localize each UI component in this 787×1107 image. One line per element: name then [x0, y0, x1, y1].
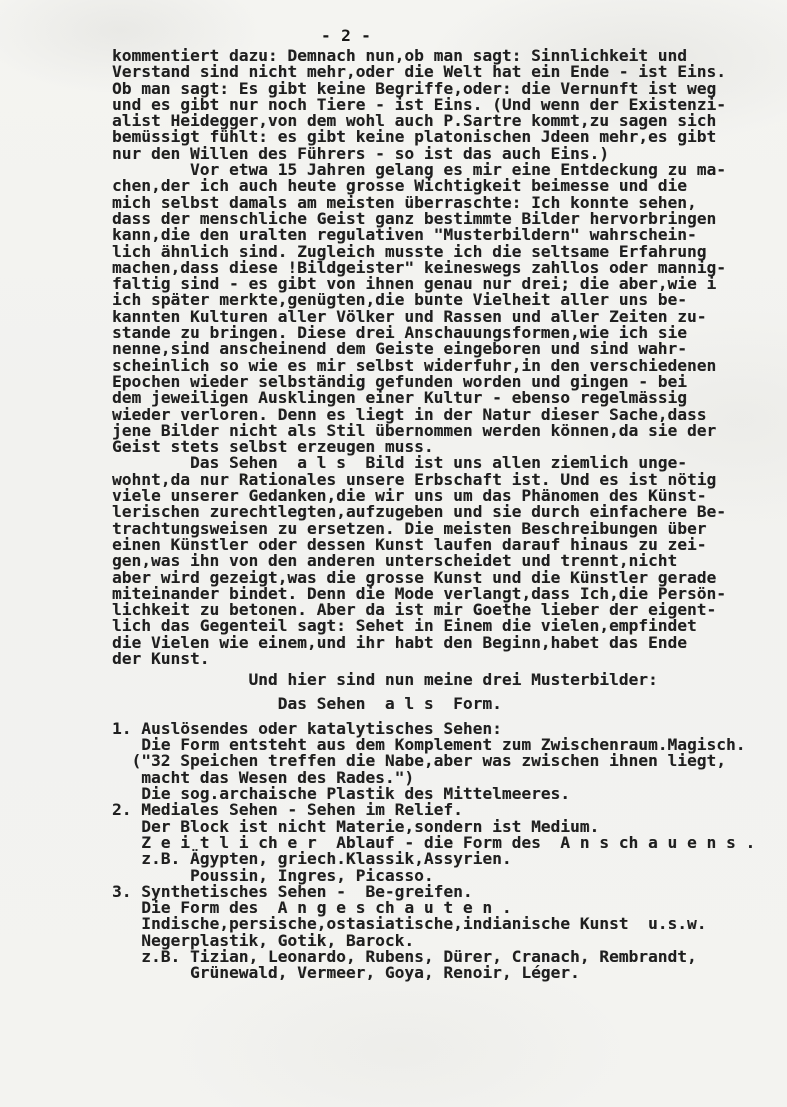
paragraph-sehen-als-bild: Das Sehen a l s Bild ist uns allen zieml… — [112, 455, 772, 667]
paragraph-discovery: Vor etwa 15 Jahren gelang es mir eine En… — [112, 162, 772, 455]
numbered-list-drei-musterbilder: 1. Auslösendes oder katalytisches Sehen:… — [112, 721, 772, 982]
page-number: - 2 - — [321, 26, 371, 45]
paragraph-commentary: kommentiert dazu: Demnach nun,ob man sag… — [112, 48, 772, 162]
document-page: - 2 - kommentiert dazu: Demnach nun,ob m… — [0, 0, 787, 1107]
section-heading-sehen-als-form: Das Sehen a l s Form. — [112, 696, 772, 712]
intro-line-musterbilder: Und hier sind nun meine drei Musterbilde… — [112, 672, 772, 688]
text-column: kommentiert dazu: Demnach nun,ob man sag… — [112, 48, 772, 982]
